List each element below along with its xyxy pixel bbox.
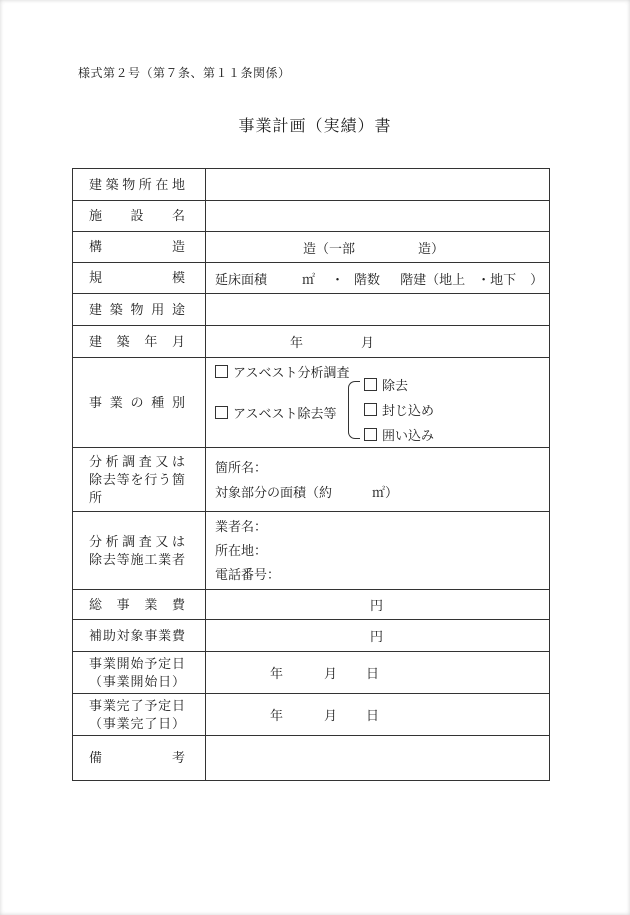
remarks-input-area[interactable] xyxy=(206,736,550,781)
row-label: 備考 xyxy=(89,749,185,767)
day-label: 日 xyxy=(366,666,379,681)
table-row-end-date: 事業完了予定日 （事業完了日） 年月日 xyxy=(73,694,550,736)
row-label: 補助対象事業費 xyxy=(89,627,185,645)
scale-input-area[interactable]: 延床面積㎡・階数階建（地上・地下） xyxy=(206,263,550,294)
stories-label: 階建（地上 xyxy=(400,272,465,287)
year-label: 年 xyxy=(290,335,303,350)
project-type-cell: アスベスト分析調査 アスベスト除去等 除去 封じ込め 囲い込み xyxy=(206,358,550,448)
table-row-remarks: 備考 xyxy=(73,736,550,781)
row-label: 建築物所在地 xyxy=(89,176,185,194)
year-label: 年 xyxy=(270,708,283,723)
row-label-line1: 分析調査又は xyxy=(89,453,185,471)
scale-label-cell: 規模 xyxy=(73,263,206,294)
end-date-label-cell: 事業完了予定日 （事業完了日） xyxy=(73,694,206,736)
month-label: 月 xyxy=(361,335,374,350)
table-row-usage: 建築物用途 xyxy=(73,294,550,326)
sqm-close: ㎡） xyxy=(372,485,398,500)
table-row-total-cost: 総事業費 円 xyxy=(73,590,550,620)
table-row-start-date: 事業開始予定日 （事業開始日） 年月日 xyxy=(73,652,550,694)
sub-option-enclosure-label: 囲い込み xyxy=(382,428,434,443)
contractor-name-field: 業者名： xyxy=(215,515,545,539)
facility-input-area[interactable] xyxy=(206,201,550,232)
contractor-label-cell: 分析調査又は 除去等施工業者 xyxy=(73,512,206,590)
sub-option-removal: 除去 xyxy=(364,373,434,398)
brace-bracket xyxy=(348,381,360,439)
project-type-label-cell: 事業の種別 xyxy=(73,358,206,448)
row-label-line2: 除去等施工業者 xyxy=(89,551,185,569)
table-row-subsidy-cost: 補助対象事業費 円 xyxy=(73,620,550,652)
remarks-label-cell: 備考 xyxy=(73,736,206,781)
sqm-unit: ㎡ xyxy=(302,272,315,287)
sub-option-enclosure: 囲い込み xyxy=(364,423,434,448)
option-analysis: アスベスト分析調査 xyxy=(215,365,349,380)
sub-option-list: 除去 封じ込め 囲い込み xyxy=(364,373,434,448)
table-row-facility: 施設名 xyxy=(73,201,550,232)
sub-option-sealing-label: 封じ込め xyxy=(382,403,434,418)
subsidy-cost-label-cell: 補助対象事業費 xyxy=(73,620,206,652)
table-row-project-type: 事業の種別 アスベスト分析調査 アスベスト除去等 除去 封じ込め 囲い込み xyxy=(73,358,550,448)
row-label: 事業の種別 xyxy=(89,394,185,412)
table-row-scale: 規模 延床面積㎡・階数階建（地上・地下） xyxy=(73,263,550,294)
row-label: 規模 xyxy=(89,269,185,287)
separator-dot: ・ xyxy=(331,272,344,287)
location-input-area[interactable] xyxy=(206,169,550,201)
table-row-built-date: 建築年月 年月 xyxy=(73,326,550,358)
target-area-label-cell: 分析調査又は 除去等を行う箇所 xyxy=(73,448,206,512)
day-label: 日 xyxy=(366,708,379,723)
row-label-line1: 事業開始予定日 xyxy=(89,655,185,673)
table-row-target-area: 分析調査又は 除去等を行う箇所 箇所名： 対象部分の面積（約㎡） xyxy=(73,448,550,512)
checkbox-sealing[interactable] xyxy=(364,403,377,416)
year-label: 年 xyxy=(270,666,283,681)
subsidy-cost-input-area[interactable]: 円 xyxy=(206,620,550,652)
option-analysis-label: アスベスト分析調査 xyxy=(233,365,349,380)
row-label: 総事業費 xyxy=(89,596,185,614)
sub-option-sealing: 封じ込め xyxy=(364,398,434,423)
checkbox-analysis[interactable] xyxy=(215,365,228,378)
total-cost-input-area[interactable]: 円 xyxy=(206,590,550,620)
start-date-input-area[interactable]: 年月日 xyxy=(206,652,550,694)
month-label: 月 xyxy=(324,708,337,723)
document-page: { "page": { "form_number": "様式第２号（第７条、第１… xyxy=(0,0,630,915)
structure-input-area[interactable]: 造（一部造） xyxy=(206,232,550,263)
row-label: 施設名 xyxy=(89,207,185,225)
built-date-input-area[interactable]: 年月 xyxy=(206,326,550,358)
sub-option-removal-label: 除去 xyxy=(382,378,408,393)
place-name-field: 箇所名： xyxy=(215,455,545,480)
business-plan-table: 建築物所在地 施設名 構造 造（一部造） 規模 延床面積㎡・階数階建（地上・地下… xyxy=(72,168,550,781)
facility-label-cell: 施設名 xyxy=(73,201,206,232)
row-label-line2: 除去等を行う箇所 xyxy=(89,471,185,507)
structure-label-cell: 構造 xyxy=(73,232,206,263)
floor-area-label: 延床面積 xyxy=(215,272,267,287)
usage-label-cell: 建築物用途 xyxy=(73,294,206,326)
contractor-input-area[interactable]: 業者名： 所在地： 電話番号： xyxy=(206,512,550,590)
end-date-input-area[interactable]: 年月日 xyxy=(206,694,550,736)
row-label: 建築物用途 xyxy=(89,301,185,319)
row-label-line1: 事業完了予定日 xyxy=(89,697,185,715)
total-cost-label-cell: 総事業費 xyxy=(73,590,206,620)
row-label-line2: （事業開始日） xyxy=(89,673,185,691)
row-label: 建築年月 xyxy=(89,333,185,351)
form-number: 様式第２号（第７条、第１１条関係） xyxy=(78,64,291,81)
target-surface-field: 対象部分の面積（約㎡） xyxy=(215,480,545,505)
yen-unit: 円 xyxy=(370,629,383,644)
row-label: 構造 xyxy=(89,238,185,256)
checkbox-removal[interactable] xyxy=(364,378,377,391)
table-row-location: 建築物所在地 xyxy=(73,169,550,201)
basement-label: ・地下 xyxy=(477,272,516,287)
option-removal-group-label: アスベスト除去等 xyxy=(233,406,336,421)
built-date-label-cell: 建築年月 xyxy=(73,326,206,358)
close-paren: ） xyxy=(530,272,543,287)
structure-text-right: 造） xyxy=(418,241,444,256)
row-label-line1: 分析調査又は xyxy=(89,533,185,551)
contractor-phone-field: 電話番号： xyxy=(215,563,545,587)
structure-text-left: 造（一部 xyxy=(303,241,355,256)
month-label: 月 xyxy=(324,666,337,681)
option-removal-group: アスベスト除去等 xyxy=(215,406,336,421)
usage-input-area[interactable] xyxy=(206,294,550,326)
page-title: 事業計画（実績）書 xyxy=(0,113,630,136)
checkbox-enclosure[interactable] xyxy=(364,428,377,441)
contractor-address-field: 所在地： xyxy=(215,539,545,563)
table-row-structure: 構造 造（一部造） xyxy=(73,232,550,263)
checkbox-removal-group[interactable] xyxy=(215,406,228,419)
table-row-contractor: 分析調査又は 除去等施工業者 業者名： 所在地： 電話番号： xyxy=(73,512,550,590)
row-label-line2: （事業完了日） xyxy=(89,715,185,733)
start-date-label-cell: 事業開始予定日 （事業開始日） xyxy=(73,652,206,694)
yen-unit: 円 xyxy=(370,598,383,613)
location-label-cell: 建築物所在地 xyxy=(73,169,206,201)
floors-label: 階数 xyxy=(354,272,380,287)
target-area-input-area[interactable]: 箇所名： 対象部分の面積（約㎡） xyxy=(206,448,550,512)
